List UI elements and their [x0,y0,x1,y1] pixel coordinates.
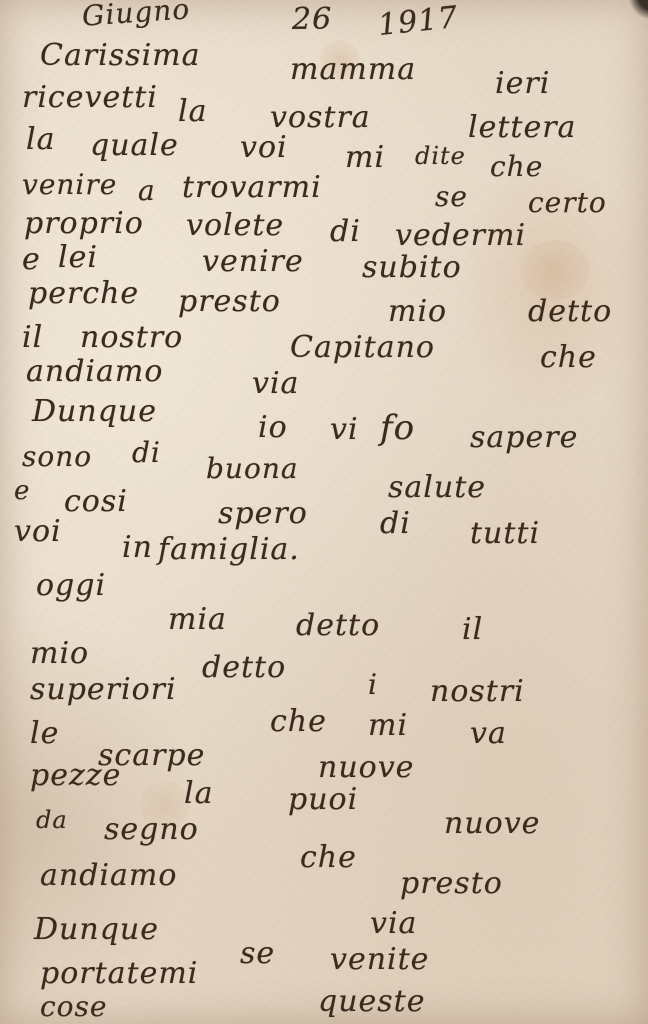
paper-stain [520,240,590,300]
word: e [14,476,30,506]
word: segno [104,812,199,847]
date-year: 1917 [376,0,460,43]
word: spero [218,496,308,531]
word: cosi [64,484,128,519]
word: mio [388,294,447,329]
word: fo [380,408,415,448]
word: che [270,704,327,739]
word: la [178,94,207,129]
word: ricevetti [22,80,158,115]
word: da [36,806,68,834]
word: di [330,214,361,249]
letter-page: Giugno 26 1917 Carissima mamma ieri rice… [0,0,648,1024]
word: lei [58,240,98,275]
word: tutti [470,516,540,551]
word: puoi [288,782,358,817]
word: di [380,506,411,541]
word: vedermi [395,218,526,253]
word: lettera [468,110,576,145]
word: buona [206,452,299,485]
word: nostri [430,674,525,709]
word: ieri [495,66,550,101]
word: trovarmi [182,170,322,205]
word: voi [240,130,288,165]
word: superiori [30,672,177,707]
word: via [252,366,299,401]
word: portatemi [40,956,198,991]
word: Capitano [290,330,435,365]
word: sono [22,440,92,473]
word: che [540,340,597,375]
word: di [132,436,161,469]
word: io [258,410,288,445]
date-month: Giugno [81,0,191,33]
word: via [370,906,417,941]
word: famiglia. [158,532,300,567]
word: mia [168,602,227,637]
word: che [490,150,543,183]
word: nuove [444,806,540,841]
word: subito [362,250,462,285]
word: volete [186,208,284,243]
word: che [300,840,357,875]
word: cose [40,990,107,1023]
word: proprio [24,206,144,241]
word: in [122,530,153,565]
word: andiamo [26,354,163,389]
word: il [22,320,43,355]
word: oggi [36,568,106,603]
word: sapere [470,420,578,455]
word: la [26,122,55,157]
word: le [30,716,59,751]
word: detto [296,608,380,643]
word: queste [318,984,425,1019]
word: Carissima [40,38,201,73]
word: detto [202,650,286,685]
word: Dunque [32,394,157,429]
word: andiamo [40,858,177,893]
word: Dunque [34,912,159,947]
word: detto [528,294,612,329]
word: se [435,180,468,213]
word: e [22,242,41,277]
word: mi [345,140,385,175]
word: va [470,716,507,751]
word: la [184,776,213,811]
date-day: 26 [292,2,332,37]
word: nuove [318,750,414,785]
word: mamma [290,52,416,87]
torn-corner [628,0,648,20]
word: salute [388,470,486,505]
word: venire [22,168,117,201]
word: quale [90,128,179,163]
word: mio [30,636,89,671]
word: dite [415,142,466,170]
word: perche [28,276,139,311]
word: a [138,174,156,207]
word: vi [330,412,359,447]
word: il [462,612,483,647]
word: certo [528,186,607,219]
word: nostro [80,320,183,355]
word: se [240,936,275,971]
word: presto [400,866,503,901]
word: pezze [30,758,121,793]
word: voi [14,514,62,549]
word: venite [330,942,429,977]
word: mi [368,708,408,743]
word: i [368,668,378,701]
word: venire [202,244,304,279]
word: presto [178,284,281,319]
